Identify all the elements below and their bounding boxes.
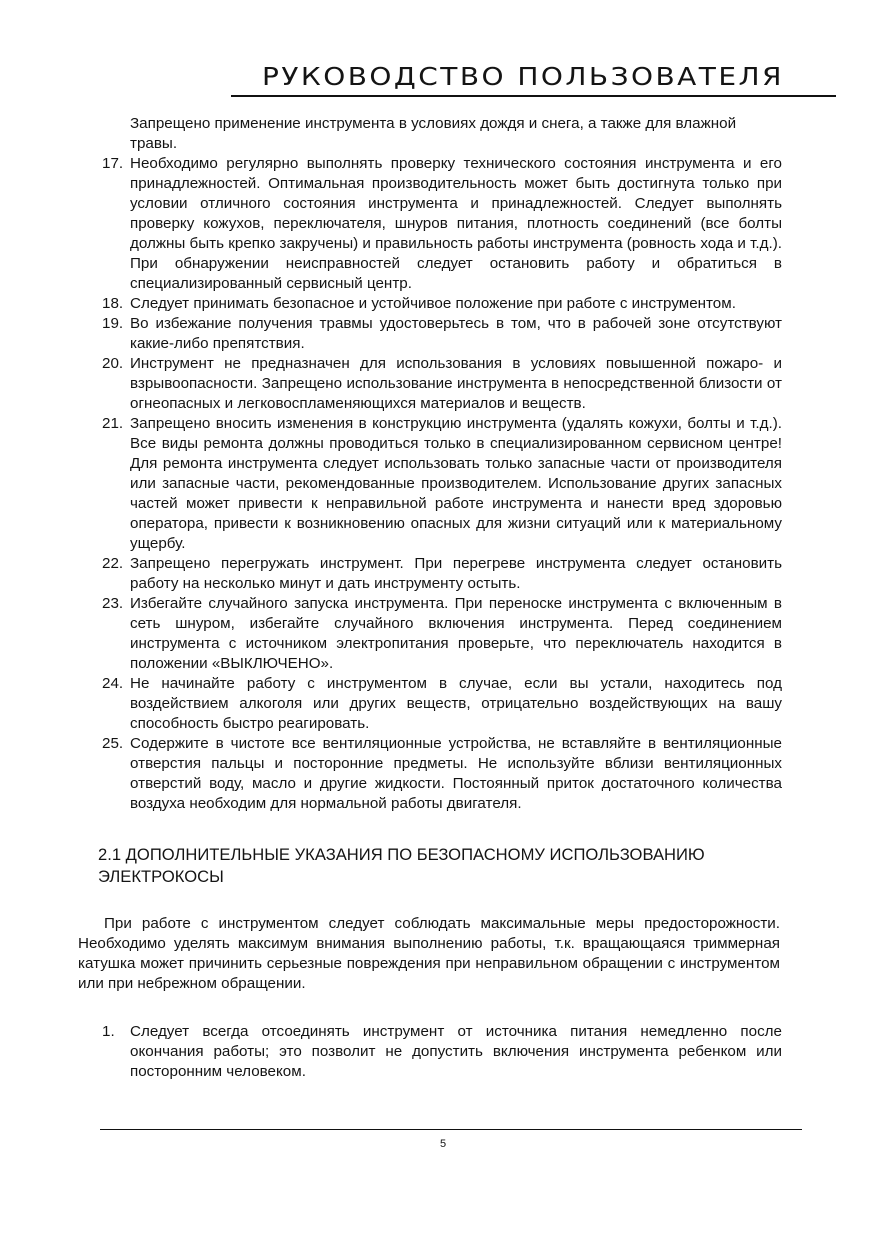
page-body: Запрещено применение инструмента в услов… — [0, 114, 896, 1082]
list-item: 1.Следует всегда отсоединять инструмент … — [130, 1022, 782, 1082]
item-number: 24. — [102, 674, 123, 694]
list-item: 19.Во избежание получения травмы удостов… — [130, 314, 782, 354]
list-item: 23.Избегайте случайного запуска инструме… — [130, 594, 782, 674]
list-item: 24.Не начинайте работу с инструментом в … — [130, 674, 782, 734]
item-number: 20. — [102, 354, 123, 374]
list-item: 25.Содержите в чистоте все вентиляционны… — [130, 734, 782, 814]
list-item: 22.Запрещено перегружать инструмент. При… — [130, 554, 782, 594]
item-number: 21. — [102, 414, 123, 434]
item-number: 17. — [102, 154, 123, 174]
section-heading: 2.1 ДОПОЛНИТЕЛЬНЫЕ УКАЗАНИЯ ПО БЕЗОПАСНО… — [98, 844, 758, 888]
list-item: 21.Запрещено вносить изменения в констру… — [130, 414, 782, 554]
page-header-title: РУКОВОДСТВО ПОЛЬЗОВАТЕЛЯ — [262, 62, 889, 91]
item-number: 23. — [102, 594, 123, 614]
item-number: 22. — [102, 554, 123, 574]
item-number: 19. — [102, 314, 123, 334]
page-number: 5 — [440, 1138, 446, 1150]
item-text: Содержите в чистоте все вентиляционные у… — [130, 735, 782, 812]
safety-list: 17.Необходимо регулярно выполнять провер… — [0, 154, 896, 814]
continuation-paragraph: Запрещено применение инструмента в услов… — [130, 114, 780, 154]
footer-rule — [100, 1129, 802, 1130]
item-number: 1. — [102, 1022, 115, 1042]
item-text: Не начинайте работу с инструментом в слу… — [130, 675, 782, 732]
header-rule — [231, 95, 836, 97]
list-item: 18.Следует принимать безопасное и устойч… — [130, 294, 782, 314]
item-number: 18. — [102, 294, 123, 314]
item-text: Запрещено перегружать инструмент. При пе… — [130, 555, 782, 592]
item-text: Избегайте случайного запуска инструмента… — [130, 595, 782, 672]
item-text: Во избежание получения травмы удостоверь… — [130, 315, 782, 352]
section-intro-paragraph: При работе с инструментом следует соблюд… — [78, 914, 780, 994]
item-text: Необходимо регулярно выполнять проверку … — [130, 155, 782, 292]
section-list: 1.Следует всегда отсоединять инструмент … — [0, 1022, 896, 1082]
item-text: Следует всегда отсоединять инструмент от… — [130, 1023, 782, 1080]
item-text: Запрещено вносить изменения в конструкци… — [130, 415, 782, 552]
list-item: 17.Необходимо регулярно выполнять провер… — [130, 154, 782, 294]
item-text: Инструмент не предназначен для использов… — [130, 355, 782, 412]
list-item: 20.Инструмент не предназначен для исполь… — [130, 354, 782, 414]
item-text: Следует принимать безопасное и устойчиво… — [130, 295, 736, 312]
item-number: 25. — [102, 734, 123, 754]
